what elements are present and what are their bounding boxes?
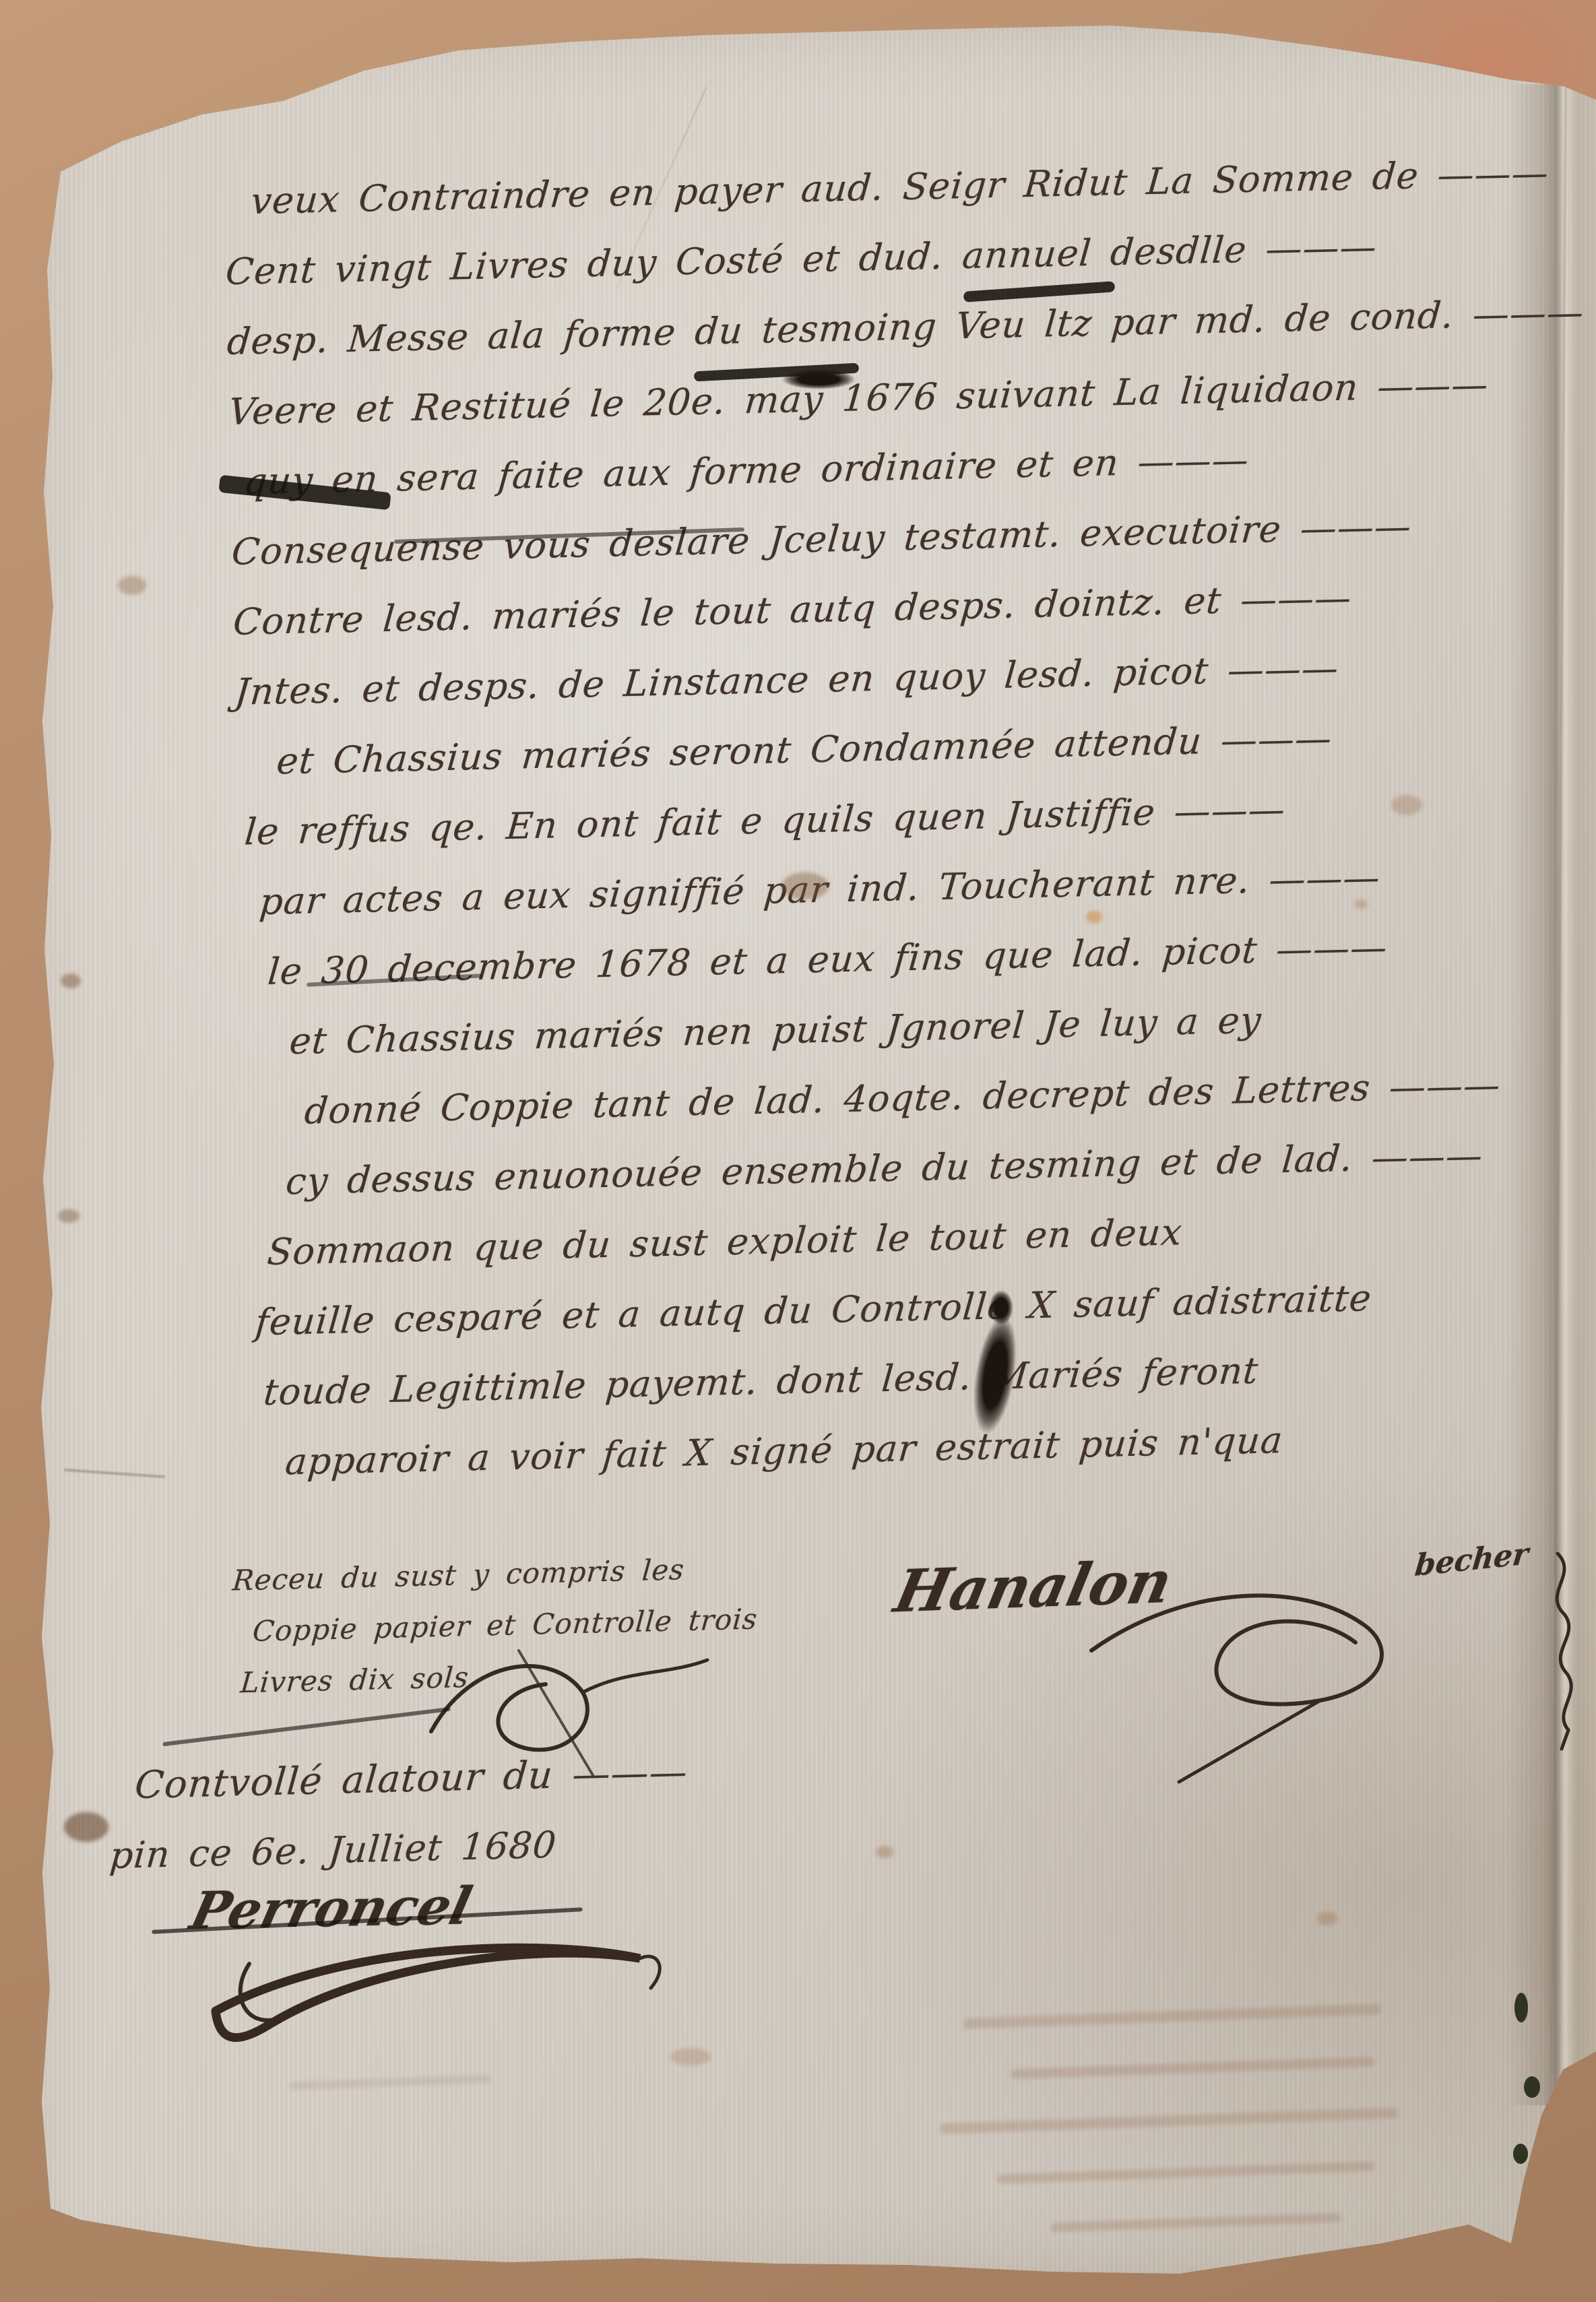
stain (1317, 1912, 1337, 1925)
bleed-through-mark (290, 2075, 492, 2090)
worm-hole (1513, 2144, 1528, 2164)
stain (781, 872, 829, 899)
margin-zigzag-flourish (1529, 1549, 1590, 1752)
ink-blot (781, 369, 856, 389)
scratch-mark (64, 1469, 165, 1478)
control-line: Contvollé alatour du ——— (131, 1750, 690, 1834)
stain (876, 1846, 893, 1858)
bleed-through-mark (1051, 2213, 1341, 2233)
manuscript-photo: veux Contraindre en payer aud. Seigr Rid… (0, 0, 1596, 2302)
stain (1391, 795, 1422, 815)
bleed-through-mark (1011, 2057, 1374, 2080)
bleed-through-mark (963, 2004, 1381, 2029)
stain (1086, 911, 1102, 923)
stain (1354, 899, 1368, 909)
controller-signature-flourish (168, 1923, 694, 2058)
manuscript-page: veux Contraindre en payer aud. Seigr Rid… (0, 0, 1596, 2302)
stain (118, 576, 146, 595)
main-text-block: veux Contraindre en payer aud. Seigr Rid… (222, 151, 1596, 1512)
bleed-through-mark (997, 2161, 1374, 2184)
stain (64, 1812, 108, 1842)
worm-hole (1524, 2076, 1540, 2098)
stain (58, 1209, 79, 1223)
signature-paraph-flourish (1051, 1570, 1469, 1785)
stain (61, 973, 81, 988)
ink-blot (989, 1290, 1013, 1325)
stain (670, 2048, 711, 2066)
bleed-through-mark (940, 2107, 1398, 2134)
worm-hole (1514, 1993, 1528, 2022)
